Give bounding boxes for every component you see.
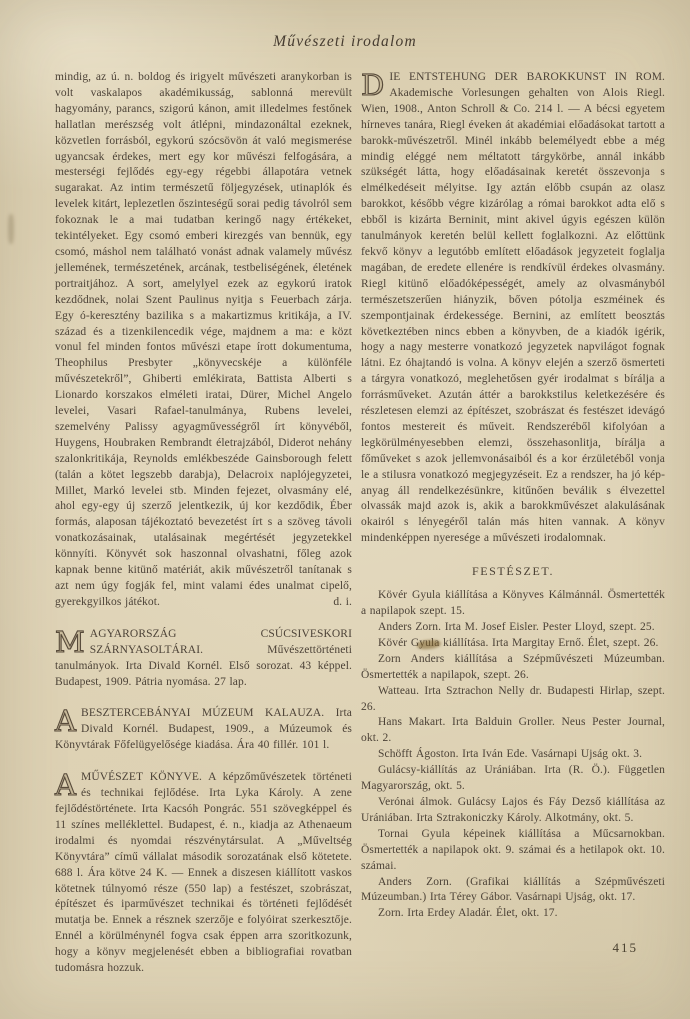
intro-text: mindig, az ú. n. boldog és irigyelt művé… bbox=[55, 71, 352, 608]
bibliography-item: Verónai álmok. Gulácsy Lajos és Fáy Dezs… bbox=[361, 795, 665, 827]
book-entry-text: IE ENTSTEHUNG DER BAROKKUNST IN ROM. Aka… bbox=[361, 71, 665, 544]
scanned-book-page: Művészeti irodalom mindig, az ú. n. bold… bbox=[0, 0, 690, 1019]
book-entry-muveszet-konyve: AMŰVÉSZET KÖNYVE. A képzőművészetek tört… bbox=[55, 770, 352, 977]
bibliography-item: Anders Zorn. (Grafikai kiállítás a Szépm… bbox=[361, 875, 665, 907]
scan-edge-speck bbox=[8, 214, 14, 244]
book-entry-magyarorszag: MAGYARORSZÁG CSÚCSIVESKORI SZÁRNYASOLTÁR… bbox=[55, 627, 352, 691]
bibliography-item: Kövér Gyula kiállítása a Könyves Kálmánn… bbox=[361, 588, 665, 620]
section-heading-festeszet: FESTÉSZET. bbox=[361, 564, 665, 579]
bibliography-item: Kövér Gyula kiállítása. Irta Margitay Er… bbox=[361, 636, 665, 652]
book-entry-text: MŰVÉSZET KÖNYVE. A képzőművészetek törté… bbox=[55, 771, 352, 974]
right-column: DIE ENTSTEHUNG DER BAROKKUNST IN ROM. Ak… bbox=[361, 70, 665, 977]
drop-cap-a2: A bbox=[55, 772, 76, 801]
bibliography-item: Schöfft Ágoston. Irta Iván Ede. Vasárnap… bbox=[361, 747, 665, 763]
book-entry-besztercebanyai: ABESZTERCEBÁNYAI MÚZEUM KALAUZA. Irta Di… bbox=[55, 706, 352, 754]
author-initials: d. i. bbox=[323, 595, 352, 611]
drop-cap-a1: A bbox=[55, 708, 76, 737]
bibliography-item: Watteau. Irta Sztrachon Nelly dr. Budape… bbox=[361, 684, 665, 716]
bibliography-item: Zorn. Irta Erdey Aladár. Élet, okt. 17. bbox=[361, 906, 665, 922]
book-entry-text: AGYARORSZÁG CSÚCSIVESKORI SZÁRNYASOLTÁRA… bbox=[55, 628, 352, 688]
intro-paragraph: mindig, az ú. n. boldog és irigyelt művé… bbox=[55, 70, 352, 611]
bibliography-item: Anders Zorn. Irta M. Josef Eisler. Peste… bbox=[361, 620, 665, 636]
text-columns: mindig, az ú. n. boldog és irigyelt művé… bbox=[55, 70, 665, 977]
drop-cap-m: M bbox=[55, 629, 85, 658]
book-entry-text: BESZTERCEBÁNYAI MÚZEUM KALAUZA. Irta Div… bbox=[55, 707, 352, 751]
left-column: mindig, az ú. n. boldog és irigyelt művé… bbox=[55, 70, 352, 977]
page-number: 415 bbox=[613, 940, 639, 956]
bibliography-item: Zorn Anders kiállítása a Szépművészeti M… bbox=[361, 652, 665, 684]
bibliography-item: Tornai Gyula képeinek kiállítása a Műcsa… bbox=[361, 827, 665, 875]
page-header-title: Művészeti irodalom bbox=[0, 0, 690, 51]
bibliography-item: Hans Makart. Irta Balduin Groller. Neus … bbox=[361, 715, 665, 747]
book-entry-barokkunst: DIE ENTSTEHUNG DER BAROKKUNST IN ROM. Ak… bbox=[361, 70, 665, 547]
drop-cap-d: D bbox=[361, 72, 384, 101]
bibliography-item: Gulácsy-kiállítás az Urániában. Irta (R.… bbox=[361, 763, 665, 795]
